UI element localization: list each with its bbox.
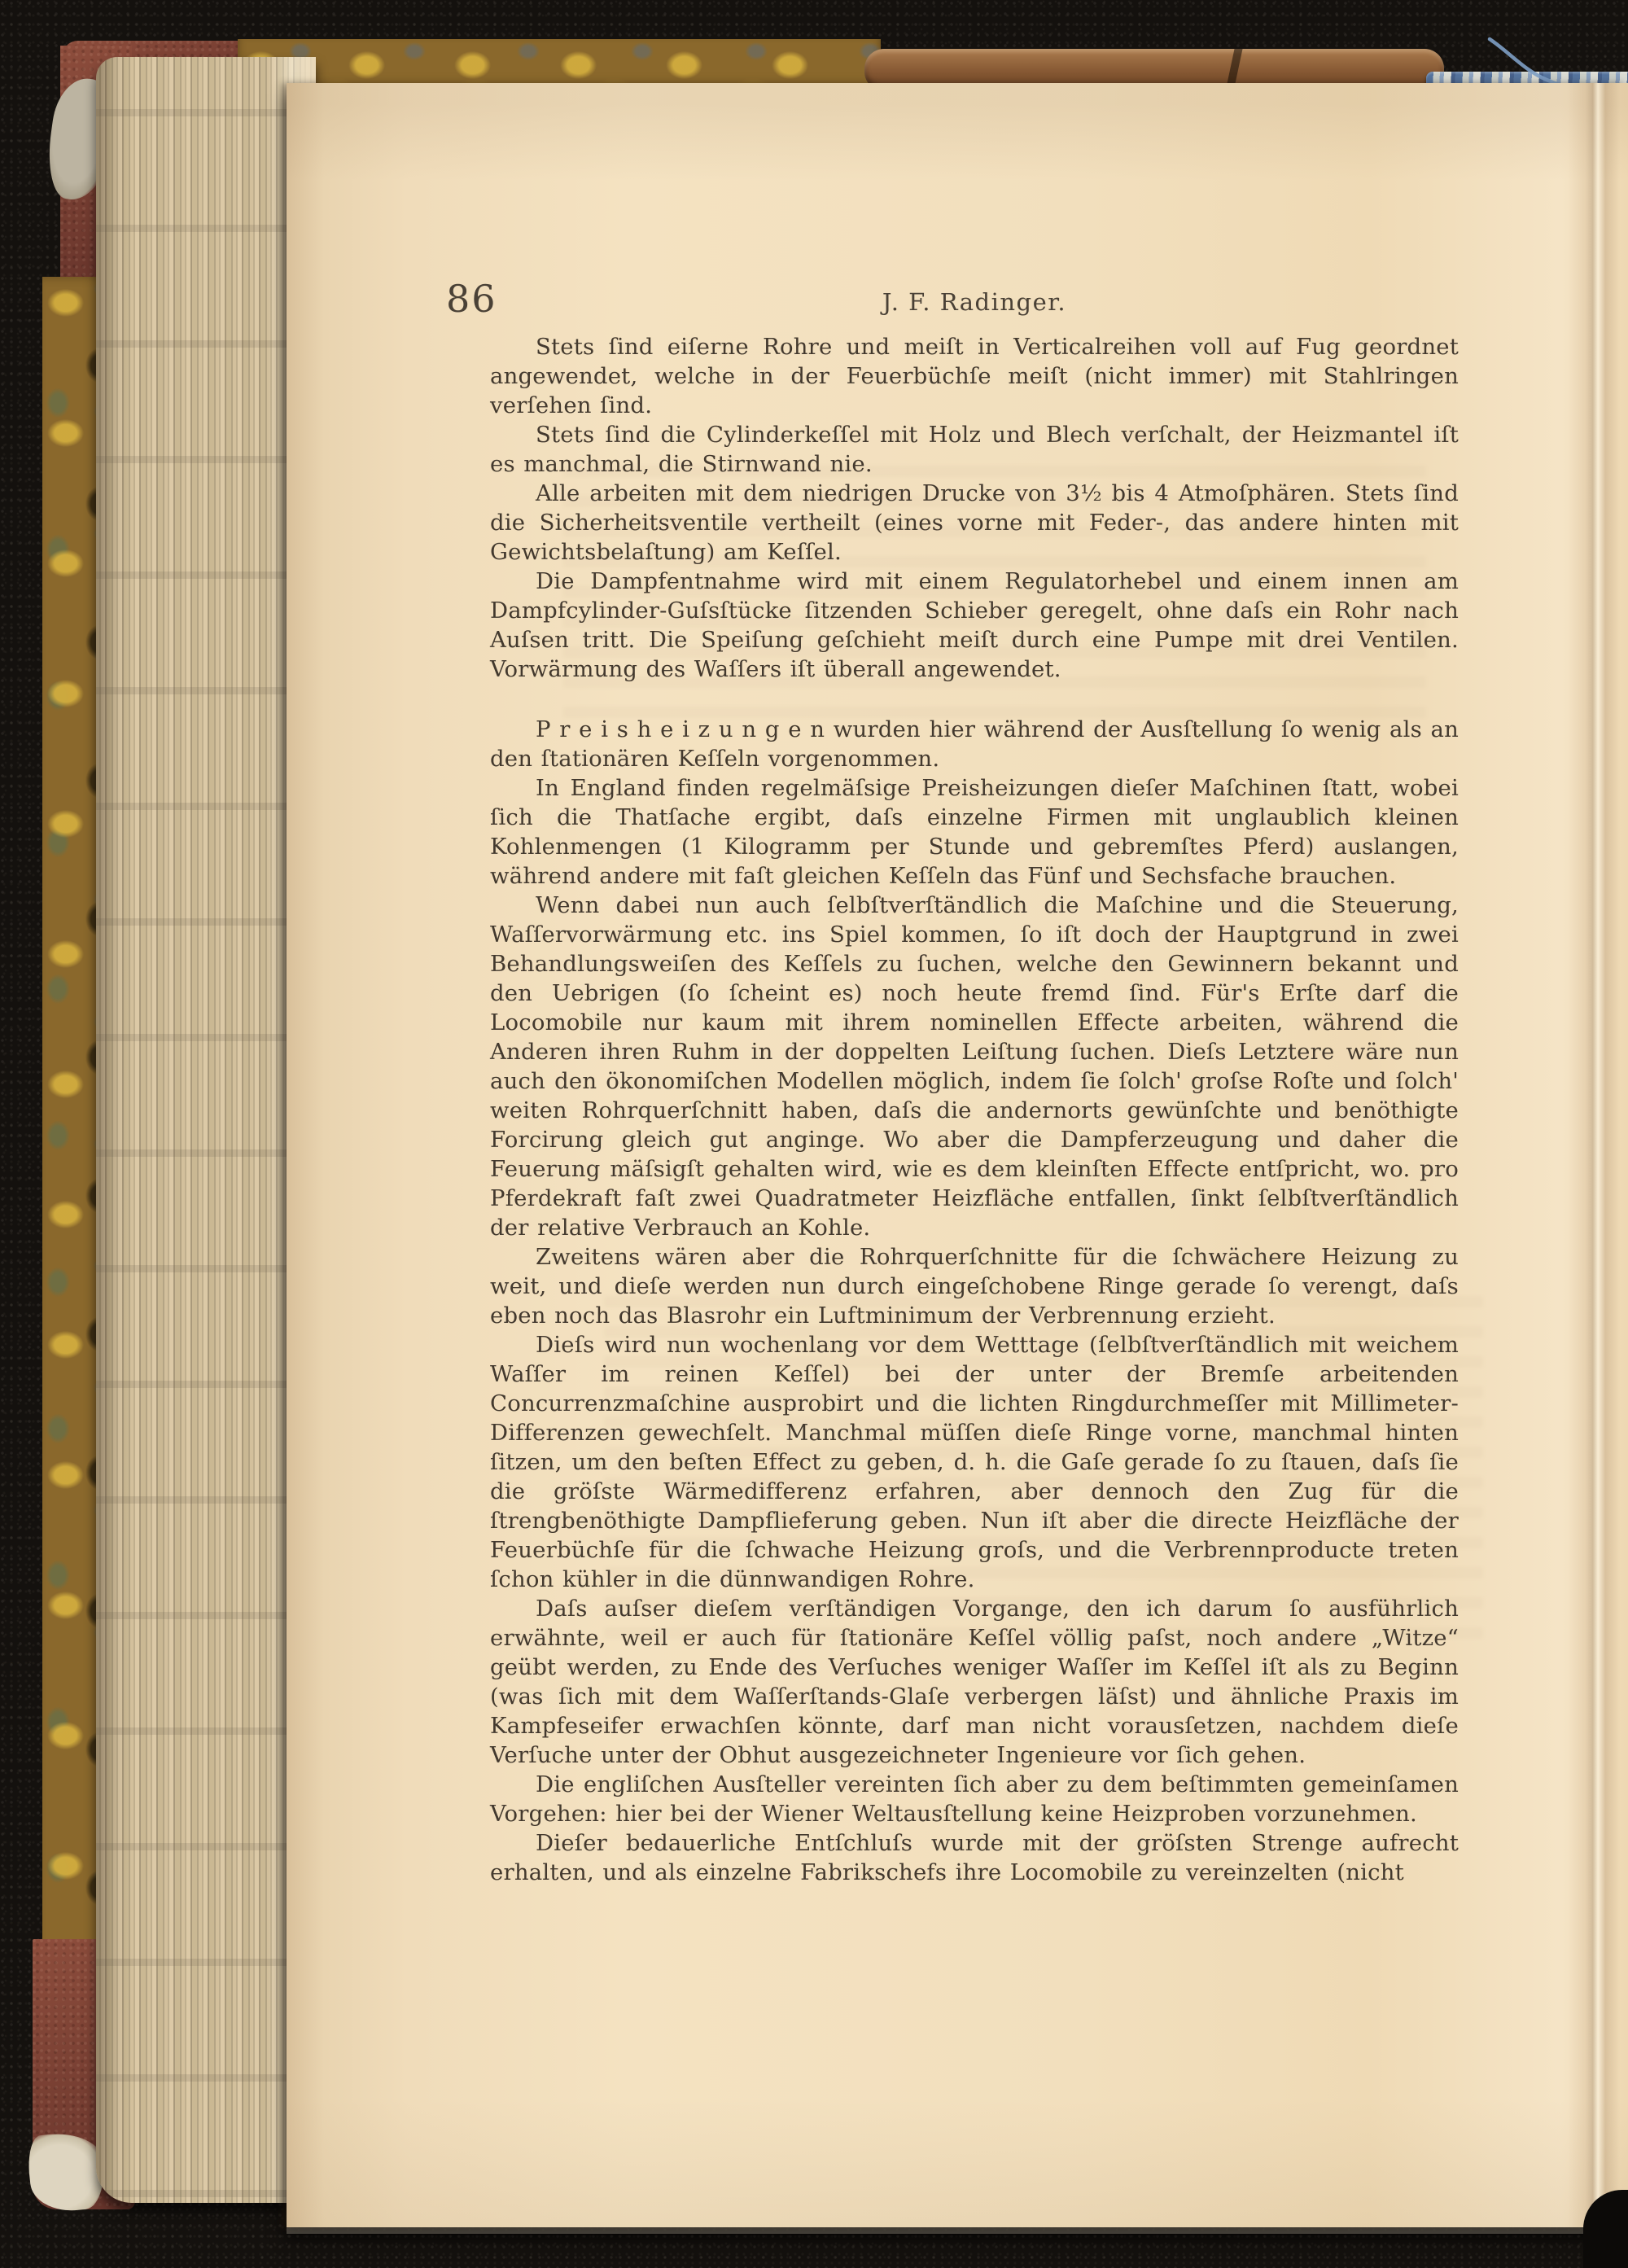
paragraph: Zweitens wären aber die Rohrquerſchnitte… <box>490 1242 1459 1330</box>
paragraph: Dieſs wird nun wochenlang vor dem Wettta… <box>490 1330 1459 1594</box>
paragraph: P r e i s h e i z u n g e n wurden hier … <box>490 715 1459 773</box>
paragraph: In England finden regelmäſsige Preisheiz… <box>490 773 1459 891</box>
running-header: J. F. Radinger. <box>490 288 1459 316</box>
paragraph: Wenn dabei nun auch ſelbſtverſtändlich d… <box>490 891 1459 1242</box>
page-text-block: Stets ſind eiſerne Rohre und meiſt in Ve… <box>490 332 1459 1887</box>
paragraph: Stets ſind eiſerne Rohre und meiſt in Ve… <box>490 332 1459 420</box>
book-page: 86 J. F. Radinger. Stets ſind eiſerne Ro… <box>287 83 1628 2227</box>
paragraph: Alle arbeiten mit dem niedrigen Drucke v… <box>490 479 1459 567</box>
paragraph: Die Dampfentnahme wird mit einem Regulat… <box>490 567 1459 684</box>
photo-background: 86 J. F. Radinger. Stets ſind eiſerne Ro… <box>0 0 1628 2268</box>
paragraph: Die engliſchen Ausſteller vereinten ſich… <box>490 1770 1459 1828</box>
page-gutter-crease <box>1568 83 1620 2227</box>
page-stack-edge <box>96 57 316 2203</box>
paragraph: Dieſer bedauerliche Entſchluſs wurde mit… <box>490 1828 1459 1887</box>
paragraph: Daſs auſser dieſem verſtändigen Vorgange… <box>490 1594 1459 1770</box>
paragraph: Stets ſind die Cylinderkeſſel mit Holz u… <box>490 420 1459 479</box>
